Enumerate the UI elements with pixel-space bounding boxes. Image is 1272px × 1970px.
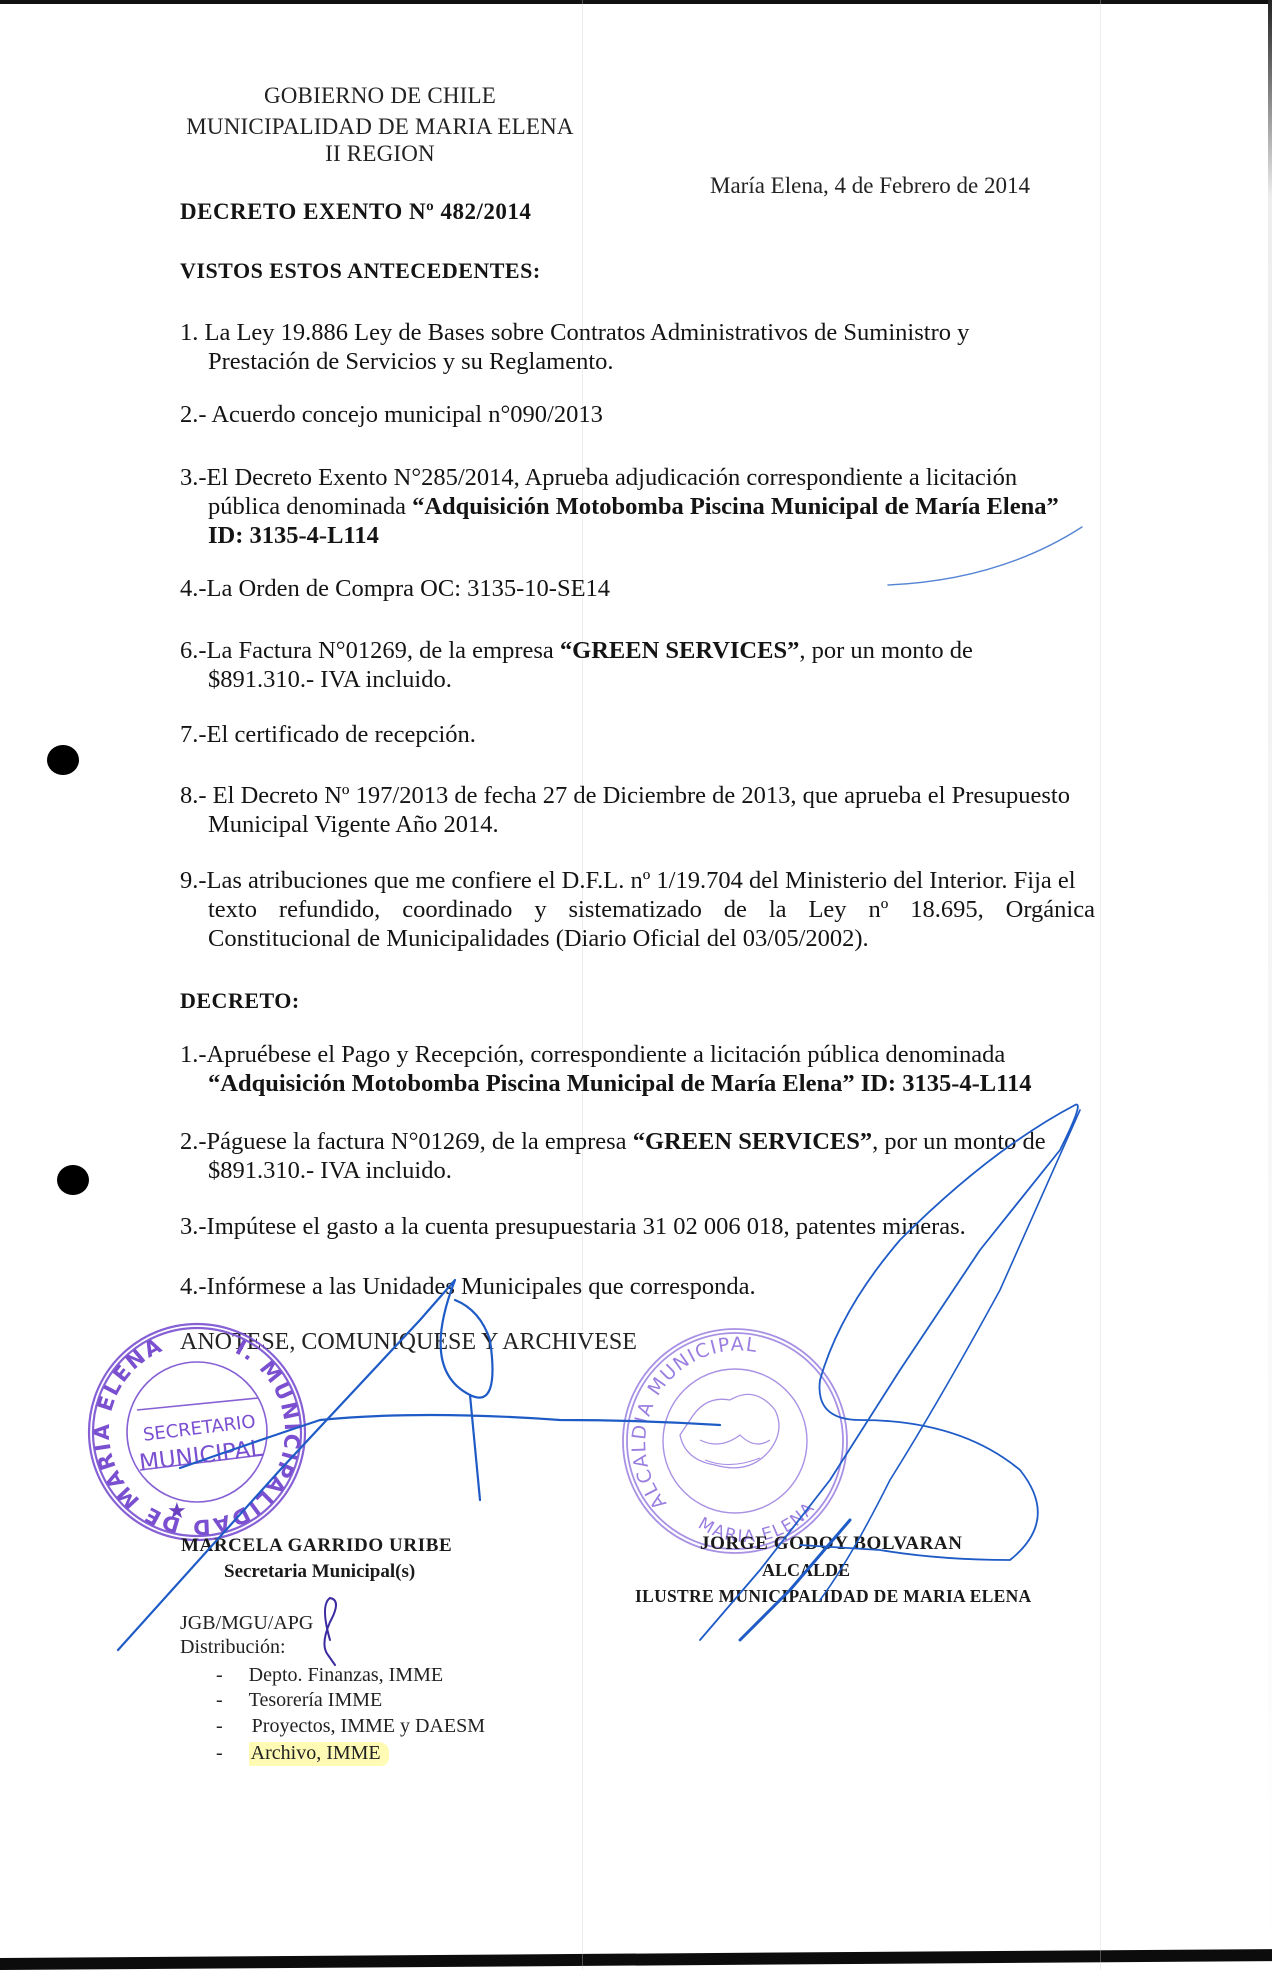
vistos-item-3: 3.-El Decreto Exento N°285/2014, Aprueba… — [180, 463, 1095, 550]
distribution-item: -Archivo, IMME — [216, 1742, 389, 1765]
right-signatory-institution: ILUSTRE MUNICIPALIDAD DE MARIA ELENA — [635, 1586, 1032, 1607]
initials-ink — [324, 1598, 336, 1665]
tender-id: ID: 3135-4-L114 — [208, 522, 379, 549]
distribution-item: -Depto. Finanzas, IMME — [216, 1664, 443, 1687]
distribution-label: Distribución: — [180, 1636, 286, 1659]
tender-name: “Adquisición Motobomba Piscina Municipal… — [208, 1070, 1032, 1097]
vistos-item-9: 9.-Las atribuciones que me confiere el D… — [180, 866, 1095, 953]
secretary-stamp-center-2: MUNICIPAL — [138, 1436, 265, 1477]
secretary-stamp — [89, 1324, 305, 1540]
highlighted-archive: Archivo, IMME — [249, 1742, 389, 1766]
decreto-item-2: 2.-Páguese la factura N°01269, de la emp… — [180, 1127, 1095, 1185]
closing-formula: ANOTESE, COMUNIQUESE Y ARCHIVESE — [180, 1329, 637, 1356]
right-signatory-name: JORGE GODOY BOLVARAN — [700, 1533, 963, 1555]
tender-name: “Adquisición Motobomba Piscina Municipal… — [412, 493, 1059, 520]
signatures-ink-layer — [0, 0, 1272, 1970]
vistos-item-8: 8.- El Decreto Nº 197/2013 de fecha 27 d… — [180, 781, 1095, 839]
vistos-item-2: 2.- Acuerdo concejo municipal n°090/2013 — [180, 400, 1095, 429]
vistos-item-6: 6.-La Factura N°01269, de la empresa “GR… — [180, 636, 1095, 694]
mayor-stamp — [623, 1329, 847, 1553]
punch-hole — [47, 745, 79, 775]
scan-edge-top — [0, 0, 1272, 4]
left-signatory-name: MARCELA GARRIDO URIBE — [181, 1535, 452, 1557]
right-signatory-role: ALCALDE — [762, 1560, 850, 1581]
distribution-item: -Proyectos, IMME y DAESM — [216, 1715, 485, 1738]
scan-edge-right — [1268, 0, 1272, 1970]
scan-edge-bottom — [0, 1949, 1272, 1970]
scan-fold-line — [1100, 0, 1101, 1970]
place-date: María Elena, 4 de Febrero de 2014 — [710, 173, 1030, 199]
vistos-item-1: 1. La Ley 19.886 Ley de Bases sobre Cont… — [180, 318, 1095, 376]
header-municipality: MUNICIPALIDAD DE MARIA ELENA — [160, 114, 600, 140]
decreto-item-1: 1.-Apruébese el Pago y Recepción, corres… — [180, 1040, 1095, 1098]
company-name: “GREEN SERVICES” — [633, 1128, 872, 1155]
decreto-item-3: 3.-Impútese el gasto a la cuenta presupu… — [180, 1212, 1095, 1241]
decreto-heading: DECRETO: — [180, 988, 300, 1014]
secretary-stamp-center-1: SECRETARIO — [142, 1411, 257, 1446]
initials: JGB/MGU/APG — [180, 1612, 313, 1635]
scan-fold-line — [582, 0, 583, 1970]
decreto-item-4: 4.-Infórmese a las Unidades Municipales … — [180, 1272, 1095, 1301]
header-region: II REGION — [160, 141, 600, 167]
stamps-layer: I. MUNICIPALIDAD DE MARIA ELENA SECRETAR… — [0, 0, 1272, 1970]
header-government: GOBIERNO DE CHILE — [160, 83, 600, 109]
distribution-item: -Tesorería IMME — [216, 1689, 382, 1712]
company-name: “GREEN SERVICES” — [560, 637, 799, 664]
vistos-item-7: 7.-El certificado de recepción. — [180, 720, 1095, 749]
vistos-heading: VISTOS ESTOS ANTECEDENTES: — [180, 258, 541, 284]
star-icon: ★ — [167, 1498, 187, 1523]
punch-hole — [57, 1165, 89, 1195]
vistos-item-4: 4.-La Orden de Compra OC: 3135-10-SE14 — [180, 574, 1095, 603]
left-signatory-role: Secretaria Municipal(s) — [224, 1561, 415, 1583]
decree-number: DECRETO EXENTO Nº 482/2014 — [180, 199, 531, 225]
